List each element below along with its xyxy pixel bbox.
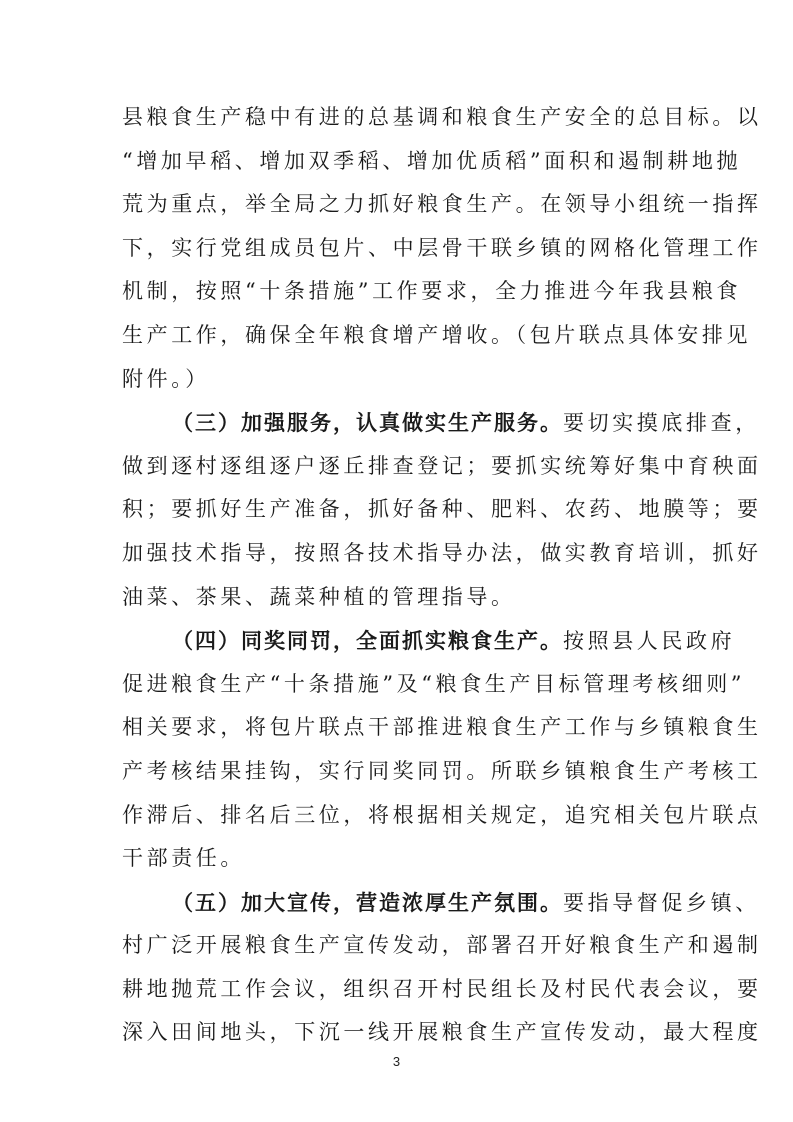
text-line: 机制，按照“十条措施”工作要求，全力推进今年我县粮食 [122,270,674,314]
section-heading-line: （三）加强服务，认真做实生产服务。要切实摸底排查， [122,401,674,445]
section-heading: （五）加大宣传，营造浓厚生产氛围。 [172,890,563,915]
text-line: “增加早稻、增加双季稻、增加优质稻”面积和遏制耕地抛 [122,140,674,184]
text-segment: 要切实摸底排查， [563,411,760,435]
text-line: 加强技术指导，按照各技术指导办法，做实教育培训，抓好 [122,532,674,576]
page-number: 3 [0,1054,793,1069]
paragraph-continuation: 县粮食生产稳中有进的总基调和粮食生产安全的总目标。以 “增加早稻、增加双季稻、增… [122,96,674,401]
section-heading-line: （四）同奖同罚，全面抓实粮食生产。按照县人民政府 [122,619,674,663]
text-line: 荒为重点，举全局之力抓好粮食生产。在领导小组统一指挥 [122,183,674,227]
text-line: 附件。） [122,358,674,402]
text-line: 做到逐村逐组逐户逐丘排查登记；要抓实统筹好集中育秧面 [122,445,674,489]
text-line: 积；要抓好生产准备，抓好备种、肥料、农药、地膜等；要 [122,488,674,532]
text-line: 作滞后、排名后三位，将根据相关规定，追究相关包片联点 [122,794,674,838]
text-line: 产考核结果挂钩，实行同奖同罚。所联乡镇粮食生产考核工 [122,750,674,794]
paragraph-section-3: （三）加强服务，认真做实生产服务。要切实摸底排查， 做到逐村逐组逐户逐丘排查登记… [122,401,674,619]
text-line: 油菜、茶果、蔬菜种植的管理指导。 [122,576,674,620]
section-heading: （四）同奖同罚，全面抓实粮食生产。 [172,628,563,653]
text-line: 生产工作，确保全年粮食增产增收。（包片联点具体安排见 [122,314,674,358]
text-line: 促进粮食生产“十条措施”及“粮食生产目标管理考核细则” [122,663,674,707]
document-body: 县粮食生产稳中有进的总基调和粮食生产安全的总目标。以 “增加早稻、增加双季稻、增… [122,96,674,1055]
text-line: 深入田间地头，下沉一线开展粮食生产宣传发动，最大程度 [122,1011,674,1055]
text-line: 耕地抛荒工作会议，组织召开村民组长及村民代表会议，要 [122,968,674,1012]
section-heading: （三）加强服务，认真做实生产服务。 [172,410,563,435]
document-page: 县粮食生产稳中有进的总基调和粮食生产安全的总目标。以 “增加早稻、增加双季稻、增… [0,0,793,1122]
text-line: 下，实行党组成员包片、中层骨干联乡镇的网格化管理工作 [122,227,674,271]
paragraph-section-4: （四）同奖同罚，全面抓实粮食生产。按照县人民政府 促进粮食生产“十条措施”及“粮… [122,619,674,881]
paragraph-section-5: （五）加大宣传，营造浓厚生产氛围。要指导督促乡镇、 村广泛开展粮食生产宣传发动，… [122,881,674,1055]
text-line: 村广泛开展粮食生产宣传发动，部署召开好粮食生产和遏制 [122,924,674,968]
text-segment: 要指导督促乡镇、 [563,891,760,915]
text-line: 县粮食生产稳中有进的总基调和粮食生产安全的总目标。以 [122,96,674,140]
text-line: 干部责任。 [122,837,674,881]
text-line: 相关要求，将包片联点干部推进粮食生产工作与乡镇粮食生 [122,706,674,750]
text-segment: 按照县人民政府 [563,629,735,653]
section-heading-line: （五）加大宣传，营造浓厚生产氛围。要指导督促乡镇、 [122,881,674,925]
